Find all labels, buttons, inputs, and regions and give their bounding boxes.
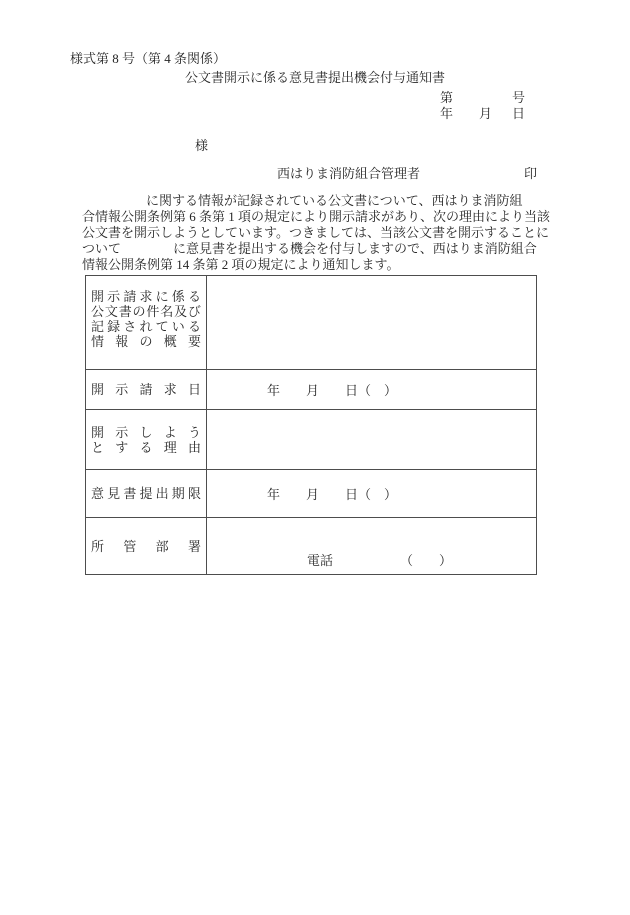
row-value-request-date: 年 月 日（ ） [207, 370, 536, 409]
row-label-document-summary: 開示請求に係る 公文書の件名及び 記録されている 情報の概要 [86, 276, 207, 369]
row-value-opinion-deadline: 年 月 日（ ） [207, 470, 536, 517]
row-label-line: 所管部署 [91, 539, 201, 554]
document-page: 様式第 8 号（第 4 条関係） 公文書開示に係る意見書提出機会付与通知書 第 … [0, 0, 630, 915]
row-label-line: 開示請求に係る [91, 289, 201, 304]
table-row-disclosure-reason: 開示しよう とする理由 [86, 409, 536, 469]
row-value-department: 電話 （ ） [207, 518, 536, 574]
phone-label: 電話 [307, 550, 333, 569]
doc-number-prefix: 第 [440, 90, 453, 106]
row-label-line: 開示しよう [91, 425, 201, 440]
row-label-department: 所管部署 [86, 518, 207, 574]
row-label-line: 開示請求日 [91, 382, 201, 397]
body-line: 合情報公開条例第 6 条第 1 項の規定により開示請求があり、次の理由により当該 [82, 209, 552, 225]
seal-mark: 印 [524, 166, 537, 182]
body-paragraph: に関する情報が記録されている公文書について、西はりま消防組 合情報公開条例第 6… [82, 193, 552, 273]
body-line: 情報公開条例第 14 条第 2 項の規定により通知します。 [82, 257, 552, 273]
row-label-line: 記録されている [91, 319, 201, 334]
date-year-label: 年 [440, 106, 453, 122]
row-label-line: 情報の概要 [91, 334, 201, 349]
row-label-opinion-deadline: 意見書提出期限 [86, 470, 207, 517]
request-table: 開示請求に係る 公文書の件名及び 記録されている 情報の概要 開示請求日 年 月… [85, 275, 537, 575]
sender-name: 西はりま消防組合管理者 [277, 166, 420, 182]
table-row-opinion-deadline: 意見書提出期限 年 月 日（ ） [86, 469, 536, 517]
date-month-label: 月 [479, 106, 492, 122]
addressee-honorific: 様 [195, 138, 208, 154]
row-label-disclosure-reason: 開示しよう とする理由 [86, 410, 207, 469]
phone-paren-field: （ ） [400, 550, 452, 569]
row-value-document-summary [207, 276, 536, 369]
table-row-request-date: 開示請求日 年 月 日（ ） [86, 369, 536, 409]
doc-number-suffix: 号 [512, 90, 525, 106]
row-label-line: 意見書提出期限 [91, 486, 201, 501]
table-row-document-summary: 開示請求に係る 公文書の件名及び 記録されている 情報の概要 [86, 276, 536, 369]
table-row-department: 所管部署 電話 （ ） [86, 517, 536, 574]
row-value-disclosure-reason [207, 410, 536, 469]
row-label-request-date: 開示請求日 [86, 370, 207, 409]
document-title: 公文書開示に係る意見書提出機会付与通知書 [0, 67, 630, 86]
body-line: に関する情報が記録されている公文書について、西はりま消防組 [82, 193, 552, 209]
body-line: 公文書を開示しようとしています。つきましては、当該公文書を開示することに [82, 225, 552, 241]
date-day-label: 日 [512, 106, 525, 122]
row-label-line: とする理由 [91, 440, 201, 455]
form-number: 様式第 8 号（第 4 条関係） [70, 51, 226, 67]
body-line: ついて に意見書を提出する機会を付与しますので、西はりま消防組合 [82, 241, 552, 257]
row-label-line: 公文書の件名及び [91, 304, 201, 319]
